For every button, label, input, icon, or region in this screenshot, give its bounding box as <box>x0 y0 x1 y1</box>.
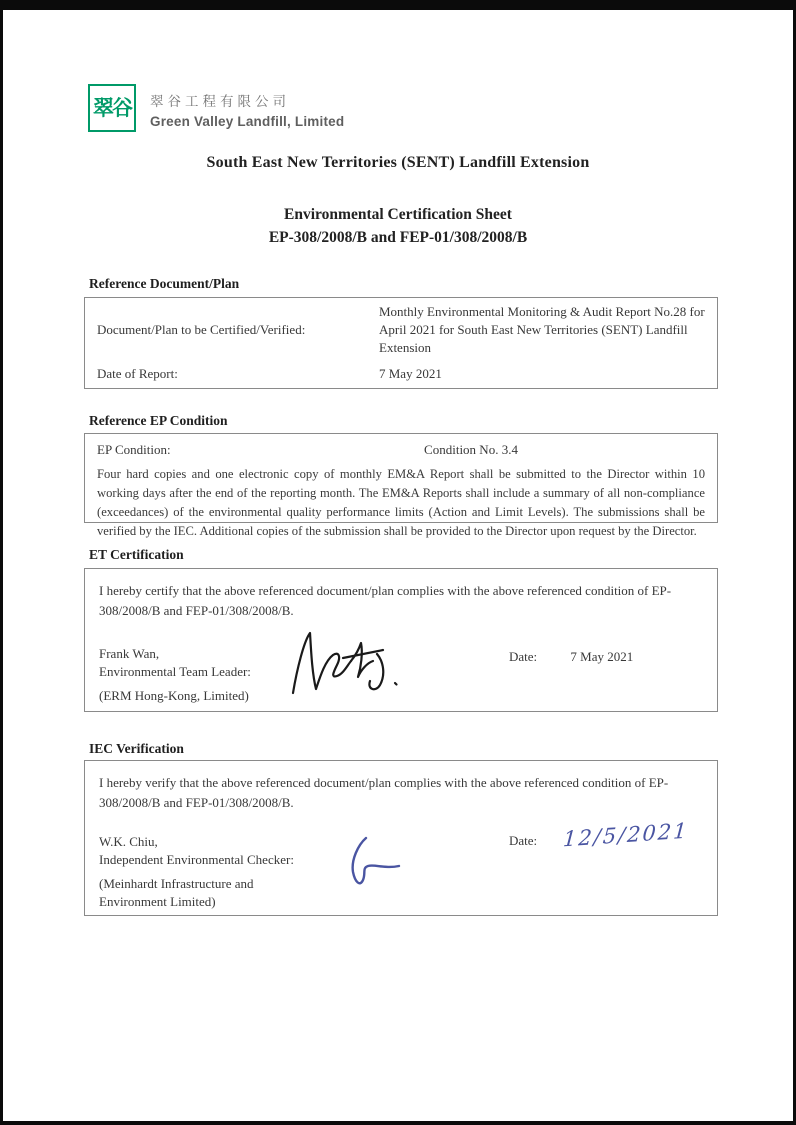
company-name-english: Green Valley Landfill, Limited <box>150 114 344 129</box>
signatory-title: Independent Environmental Checker: <box>99 851 294 869</box>
label-cell: Document/Plan to be Certified/Verified: <box>97 322 379 338</box>
logo-mark-icon: 翠谷 <box>88 84 136 132</box>
table-row-document-plan: Document/Plan to be Certified/Verified: … <box>97 303 705 356</box>
value-cell: 7 May 2021 <box>379 365 705 383</box>
signatory-organisation-line1: (Meinhardt Infrastructure and <box>99 875 294 893</box>
company-name-chinese: 翠谷工程有限公司 <box>150 90 344 110</box>
company-name-block: 翠谷工程有限公司 Green Valley Landfill, Limited <box>150 84 344 129</box>
iec-verification-box: I hereby verify that the above reference… <box>84 760 718 916</box>
iec-signatory-block: W.K. Chiu, Independent Environmental Che… <box>99 833 294 910</box>
signatory-name: W.K. Chiu, <box>99 833 294 851</box>
permit-reference-title: EP-308/2008/B and FEP-01/308/2008/B <box>3 229 793 247</box>
date-label: Date: <box>509 833 537 849</box>
ep-condition-text: Four hard copies and one electronic copy… <box>97 465 705 541</box>
iec-date-row: Date: <box>509 833 537 849</box>
iec-signature-image <box>335 835 407 891</box>
document-title: Environmental Certification Sheet <box>3 206 793 224</box>
ep-condition-box: EP Condition: Condition No. 3.4 Four har… <box>84 433 718 523</box>
et-date-row: Date: 7 May 2021 <box>509 649 633 665</box>
reference-document-table: Document/Plan to be Certified/Verified: … <box>84 297 718 389</box>
signatory-organisation-line2: Environment Limited) <box>99 893 294 911</box>
signatory-name: Frank Wan, <box>99 645 251 663</box>
date-value: 7 May 2021 <box>570 649 633 665</box>
ep-condition-row: EP Condition: Condition No. 3.4 <box>97 442 705 458</box>
value-cell: Monthly Environmental Monitoring & Audit… <box>379 303 705 356</box>
signatory-title: Environmental Team Leader: <box>99 663 251 681</box>
et-certification-box: I hereby certify that the above referenc… <box>84 568 718 712</box>
signatory-organisation: (ERM Hong-Kong, Limited) <box>99 687 251 705</box>
company-logo: 翠谷 翠谷工程有限公司 Green Valley Landfill, Limit… <box>88 84 344 132</box>
section-heading-reference-ep-condition: Reference EP Condition <box>89 413 228 429</box>
handwritten-date-value: 12/5/2021 <box>562 819 689 852</box>
table-row-date-of-report: Date of Report: 7 May 2021 <box>97 365 705 383</box>
et-signatory-block: Frank Wan, Environmental Team Leader: (E… <box>99 645 251 705</box>
certification-statement: I hereby certify that the above referenc… <box>99 581 703 620</box>
project-title: South East New Territories (SENT) Landfi… <box>3 154 793 172</box>
et-signature-image <box>287 627 412 709</box>
label-cell: Date of Report: <box>97 366 379 382</box>
date-label: Date: <box>509 649 537 665</box>
section-heading-et-certification: ET Certification <box>89 547 184 563</box>
verification-statement: I hereby verify that the above reference… <box>99 773 703 812</box>
document-page: 翠谷 翠谷工程有限公司 Green Valley Landfill, Limit… <box>3 10 793 1121</box>
scanned-document: { "page": { "logo": { "symbol_text": "翠谷… <box>0 0 796 1125</box>
value-cell: Condition No. 3.4 <box>327 442 705 458</box>
section-heading-iec-verification: IEC Verification <box>89 741 184 757</box>
section-heading-reference-document: Reference Document/Plan <box>89 276 239 292</box>
label-cell: EP Condition: <box>97 442 327 458</box>
